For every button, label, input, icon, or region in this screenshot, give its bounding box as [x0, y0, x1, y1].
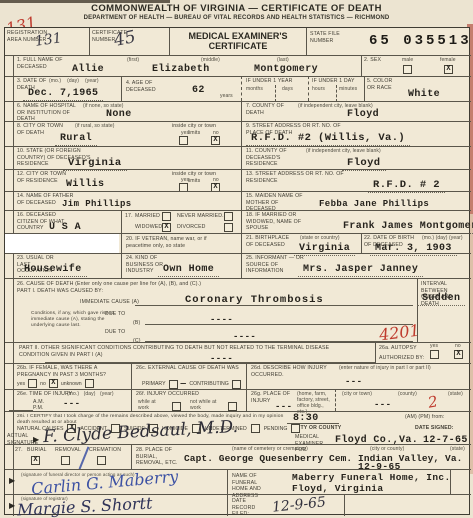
how-injury-hint: (enter nature of injury in part I or par… [339, 365, 469, 371]
widowed-checkbox: X [162, 223, 171, 232]
injury-occurred-label: 26f. INJURY OCCURRED [136, 391, 199, 398]
first-hint: (first) [127, 57, 139, 63]
female-checkbox: X [444, 65, 453, 74]
time-of-injury-box: 26e. TIME OF INJURY (mo.) (day) (year) A… [5, 389, 131, 411]
registration-area-box: REGISTRATION AREA NUMBER 131 [5, 28, 89, 55]
street-residence-label: 13. STREET ADDRESS OR RT. NO. OF RESIDEN… [246, 171, 346, 184]
age-label: 4. AGE OF DECEASED [126, 80, 160, 93]
registrar-box: ▶ (signature of registrar) Margie S. Sho… [5, 494, 227, 516]
limits-yes-checkbox-1 [179, 136, 188, 145]
pregnancy-yes-label: yes [17, 381, 25, 387]
signature-arrow-registrar: ▶ [9, 501, 15, 510]
pregnancy-options: yes no X unknown [17, 379, 94, 388]
veteran-label: 20. IF VETERAN, name war, or if peacetim… [126, 236, 226, 249]
citizen-box: 16. DECEASED CITIZEN OF WHAT COUNTRY U S… [5, 210, 121, 233]
external-cause-dash: — [181, 379, 187, 389]
cause-of-death-box: 26. CAUSE OF DEATH (Enter only one cause… [5, 278, 471, 363]
male-checkbox [403, 65, 412, 74]
marital-status-box: 17. MARRIED NEVER MARRIED. WIDOWED X DIV… [121, 210, 241, 233]
signature-arrow-director: ▶ [9, 476, 15, 485]
mother-box: 15. MAIDEN NAME OF MOTHER OF DECEASED Fe… [241, 191, 471, 210]
disposition-number: 27. [15, 447, 23, 454]
autopsy-yes-label: yes [430, 343, 438, 349]
sex-label: 2. SEX [364, 57, 381, 64]
certificate-number-box: CERTIFICATE NUMBER 45 [89, 28, 169, 55]
spouse-box: 18. IF MARRIED OR WIDOWED, NAME OF SPOUS… [241, 210, 471, 233]
time-of-injury-value: --- [63, 399, 80, 409]
certify-box: 26i. I CERTIFY that I took charge of the… [5, 411, 471, 444]
place-of-burial-label: 28. PLACE OF BURIAL, REMOVAL, ETC. [136, 447, 186, 467]
veteran-box: 20. IF VETERAN, name war, or if peacetim… [121, 233, 241, 253]
external-cause-label: 26c. EXTERNAL CAUSE OF DEATH WAS [136, 365, 241, 372]
removal-label: REMOVAL [55, 447, 81, 454]
document-title: COMMONWEALTH OF VIRGINIA — CERTIFICATE O… [0, 3, 473, 14]
place-of-burial-value: Capt. George Quesenberry Cem. Indian Val… [184, 453, 462, 464]
time-of-injury-hints: (mo.) (day) (year) [67, 391, 114, 397]
injury-location-box: (city or town) (county) (state) --- 2 [335, 389, 471, 411]
injury-city-hint: (city or town) [342, 391, 372, 397]
age-value: 62 [192, 85, 205, 96]
primary-label: PRIMARY [142, 381, 166, 387]
marital-number: 17. [125, 213, 133, 220]
state-file-box: STATE FILE NUMBER 65 035513 [306, 28, 471, 55]
primary-checkbox [169, 380, 178, 389]
bottom-right-empty-box [344, 494, 471, 516]
business-value: Own Home [158, 264, 219, 277]
pregnancy-unknown-label: unknown [61, 381, 82, 387]
not-while-at-work-checkbox [228, 402, 237, 411]
signature-arrow-examiner: ▶ [33, 435, 39, 444]
date-of-birth-hint: (mo.) (day) (year) [422, 235, 463, 241]
while-at-work-label: while at work [138, 399, 164, 411]
never-married-checkbox [224, 212, 233, 221]
external-cause-box: 26c. EXTERNAL CAUSE OF DEATH WAS PRIMARY… [131, 363, 246, 389]
place-of-injury-box: 26g. PLACE OF INJURY (home, farm, factor… [246, 389, 335, 411]
autopsy-yes-checkbox [430, 350, 439, 359]
pending-label: PENDING [264, 426, 288, 432]
middle-hint: (middle) [201, 57, 220, 63]
how-injury-value: --- [345, 377, 362, 387]
days-hint: days [282, 86, 293, 92]
informant-box: 25. INFORMANT — OR SOURCE OF INFORMATION… [241, 253, 471, 278]
funeral-home-box: NAME OF FUNERAL HOME AND ADDRESS Maberry… [227, 469, 471, 494]
full-name-label: 1. FULL NAME OF DECEASED [17, 57, 72, 70]
spouse-label: 18. IF MARRIED OR WIDOWED, NAME OF SPOUS… [246, 212, 306, 232]
pregnancy-yes-checkbox [28, 379, 37, 388]
occupation-box: 23. USUAL OR LAST OCCUPATION Housewife [5, 253, 121, 278]
cremation-checkbox [97, 456, 106, 465]
funeral-home-name: Maberry Funeral Home, Inc. [292, 472, 451, 483]
state-residence-box: 10. STATE (OR FOREIGN COUNTRY) OF DECEAS… [5, 146, 241, 169]
pregnancy-no-label: no [40, 381, 46, 387]
sex-box: 2. SEX male female X [361, 55, 471, 76]
county-of-death-label: 7. COUNTY OF DEATH [246, 103, 294, 116]
funeral-director-box: ▶ (signature of funeral director or pers… [5, 469, 227, 494]
pending-checkbox [291, 424, 300, 433]
autopsy-label: 26a. AUTOPSY [379, 345, 417, 352]
cemetery-hint: (name of cemetery or crematory) [232, 446, 308, 452]
undetermined-checkbox [251, 424, 260, 433]
cremation-label: CREMATION [89, 447, 121, 454]
date-signed-label: DATE SIGNED: [415, 425, 454, 432]
street-residence-box: 13. STREET ADDRESS OR RT. NO. OF RESIDEN… [241, 169, 471, 191]
limits-label-1: inside city or town limits [169, 123, 219, 136]
under-1-year-box: IF UNDER 1 YEAR months days [241, 76, 308, 101]
injury-occurred-box: 26f. INJURY OCCURRED while at work not w… [131, 389, 246, 411]
line-b [145, 324, 413, 325]
part2-topline [5, 342, 471, 343]
immediate-cause-label: IMMEDIATE CAUSE (A) [80, 299, 139, 306]
married-checkbox [162, 212, 171, 221]
burial-label: BURIAL [27, 447, 47, 454]
red-mark-2: 2 [427, 392, 440, 411]
while-at-work-checkbox [172, 402, 181, 411]
place-of-burial-box: 28. PLACE OF BURIAL, REMOVAL, ETC. (name… [131, 444, 471, 469]
under-1-year-label: IF UNDER 1 YEAR [246, 78, 306, 85]
pregnancy-label: 26b. IF FEMALE, WAS THERE A PREGNANCY IN… [17, 365, 127, 378]
hours-hint: hours [312, 86, 325, 92]
certificate-type-title: MEDICAL EXAMINER'S CERTIFICATE [170, 32, 306, 52]
street-of-death-value: R.F.D. #2 (Willis, Va.) [246, 132, 410, 146]
married-label: MARRIED [135, 213, 160, 220]
document-subtitle: DEPARTMENT OF HEALTH — BUREAU OF VITAL R… [0, 15, 473, 21]
color-race-box: 5. COLOR OR RACE White [364, 76, 471, 101]
pregnancy-unknown-checkbox [85, 379, 94, 388]
redaction-overlay [5, 234, 119, 253]
state-file-label: STATE FILE NUMBER [310, 31, 340, 44]
state-file-value: 65 035513 [369, 33, 472, 49]
not-while-at-work-label: not while at work [190, 399, 220, 411]
birthplace-hint: (state or country) [300, 235, 340, 241]
funeral-home-city: Floyd, Virginia [292, 483, 384, 494]
autopsy-divider [375, 342, 376, 364]
female-label: female [440, 57, 456, 63]
birthplace-label: 21. BIRTHPLACE OF DECEASED [246, 235, 296, 248]
autopsy-no-checkbox: X [454, 350, 463, 359]
date-filed-box: DATE RECORD FILED: 12-9-65 [227, 494, 344, 516]
death-certificate-scan: { "header": { "title": "COMMONWEALTH OF … [0, 0, 473, 518]
time-of-injury-label: 26e. TIME OF INJURY [17, 391, 72, 398]
minutes-hint: minutes [339, 86, 357, 92]
occupation-value: Housewife [19, 264, 87, 277]
autopsy-label2: AUTHORIZED BY: [379, 355, 424, 362]
citizen-value: U S A [49, 222, 81, 233]
due-to-b-label: DUE TO [105, 311, 125, 318]
city-of-death-value: Rural [55, 133, 97, 146]
burial-checkbox: X [31, 456, 40, 465]
removal-checkbox [61, 456, 70, 465]
part2-label: PART II. OTHER SIGNIFICANT CONDITIONS CO… [19, 345, 349, 358]
limits-no-checkbox-1: X [211, 136, 220, 145]
date-of-death-hints: (mo.) (day) (year) [49, 78, 99, 84]
age-unit: years [220, 93, 233, 99]
county-residence-hint: (if independent city, leave blank) [306, 148, 381, 154]
date-filed-value: 12-9-65 [271, 494, 326, 516]
age-box: 4. AGE OF DECEASED 62 years [121, 76, 241, 101]
cause-of-death-label: 26. CAUSE OF DEATH (Enter only one cause… [17, 281, 337, 288]
father-box: 14. NAME OF FATHER OF DECEASED Jim Phill… [5, 191, 241, 210]
months-hint: months [246, 86, 263, 92]
date-of-death-value: Dec. 7,1965 [23, 88, 103, 101]
date-of-birth-box: 22. DATE OF BIRTH OF DECEASED (mo.) (day… [361, 233, 471, 253]
hospital-box: 6. NAME OF HOSPITAL OR INSTITUTION OF DE… [5, 101, 241, 121]
disposition-box: 27. BURIAL X REMOVAL CREMATION [5, 444, 131, 469]
informant-value: Mrs. Jasper Janney [298, 264, 423, 277]
certificate-form: REGISTRATION AREA NUMBER 131 CERTIFICATE… [4, 27, 470, 515]
widowed-label: WIDOWED [135, 224, 162, 231]
ampm-label: (AM) (PM) from: [405, 414, 444, 421]
funeral-row-divider [450, 470, 451, 495]
male-label: male [402, 57, 413, 63]
injury-county-hint: (county) [398, 391, 417, 397]
injury-location-value: --- [374, 400, 391, 410]
never-married-label: NEVER MARRIED. [177, 213, 224, 220]
county-of-death-box: 7. COUNTY OF DEATH (if independent city,… [241, 101, 471, 121]
last-hint: (last) [277, 57, 289, 63]
county-residence-label: 11. COUNTY OF DECEASED'S RESIDENCE [246, 148, 304, 168]
how-injury-box: 26d. DESCRIBE HOW INJURY OCCURRED. (ente… [246, 363, 471, 389]
street-of-death-box: 9. STREET ADDRESS OR RT. NO. OF PLACE OF… [241, 121, 471, 146]
divorced-checkbox [224, 223, 233, 232]
city-of-death-box: 8. CITY OR TOWN OF DEATH (if rural, so s… [5, 121, 241, 146]
date-filed-label: DATE RECORD FILED: [232, 498, 268, 518]
date-of-death-box: 3. DATE OF DEATH (mo.) (day) (year) Dec.… [5, 76, 121, 101]
injury-state-hint: (state) [448, 391, 463, 397]
interval-value: Sudden [417, 293, 465, 306]
city-or-county-label: CITY OR COUNTY [295, 425, 341, 432]
certificate-number-value: 45 [112, 27, 137, 51]
due-to-c-label: DUE TO [105, 329, 125, 336]
burial-state-hint: (state) [450, 446, 465, 452]
registration-area-value: 131 [34, 30, 63, 50]
under-1-day-label: IF UNDER 1 DAY [312, 78, 366, 85]
birthplace-box: 21. BIRTHPLACE OF DECEASED (state or cou… [241, 233, 361, 253]
line-a [135, 305, 413, 306]
business-box: 24. KIND OF BUSINESS OR INDUSTRY Own Hom… [121, 253, 241, 278]
full-name-box: 1. FULL NAME OF DECEASED (first) (middle… [5, 55, 361, 76]
county-residence-box: 11. COUNTY OF DECEASED'S RESIDENCE (if i… [241, 146, 471, 169]
certificate-type-box: MEDICAL EXAMINER'S CERTIFICATE [169, 28, 306, 55]
how-injury-label: 26d. DESCRIBE HOW INJURY OCCURRED. [251, 365, 331, 378]
under-1-day-divider [336, 85, 338, 102]
under-1-day-box: IF UNDER 1 DAY hours minutes [308, 76, 364, 101]
city-residence-box: 12. CITY OR TOWN OF RESIDENCE Willis ins… [5, 169, 241, 191]
city-of-death-hint: (if rural, so state) [75, 123, 115, 129]
autopsy-no-label: no [455, 343, 461, 349]
b-tag: (B) [133, 320, 140, 327]
pregnancy-box: 26b. IF FEMALE, WAS THERE A PREGNANCY IN… [5, 363, 131, 389]
contributing-checkbox [232, 380, 241, 389]
under-1-year-divider [275, 85, 277, 102]
burial-city-hint: (city or county) [370, 446, 404, 452]
color-race-label: 5. COLOR OR RACE [367, 78, 397, 91]
external-cause-options: PRIMARY — CONTRIBUTING [142, 379, 241, 389]
red-code-4201: 4201 [378, 321, 421, 345]
pregnancy-no-checkbox: X [49, 379, 58, 388]
divorced-label: DIVORCED [177, 224, 206, 231]
hospital-label: 6. NAME OF HOSPITAL OR INSTITUTION OF DE… [17, 103, 77, 123]
contributing-label: CONTRIBUTING [189, 381, 228, 387]
